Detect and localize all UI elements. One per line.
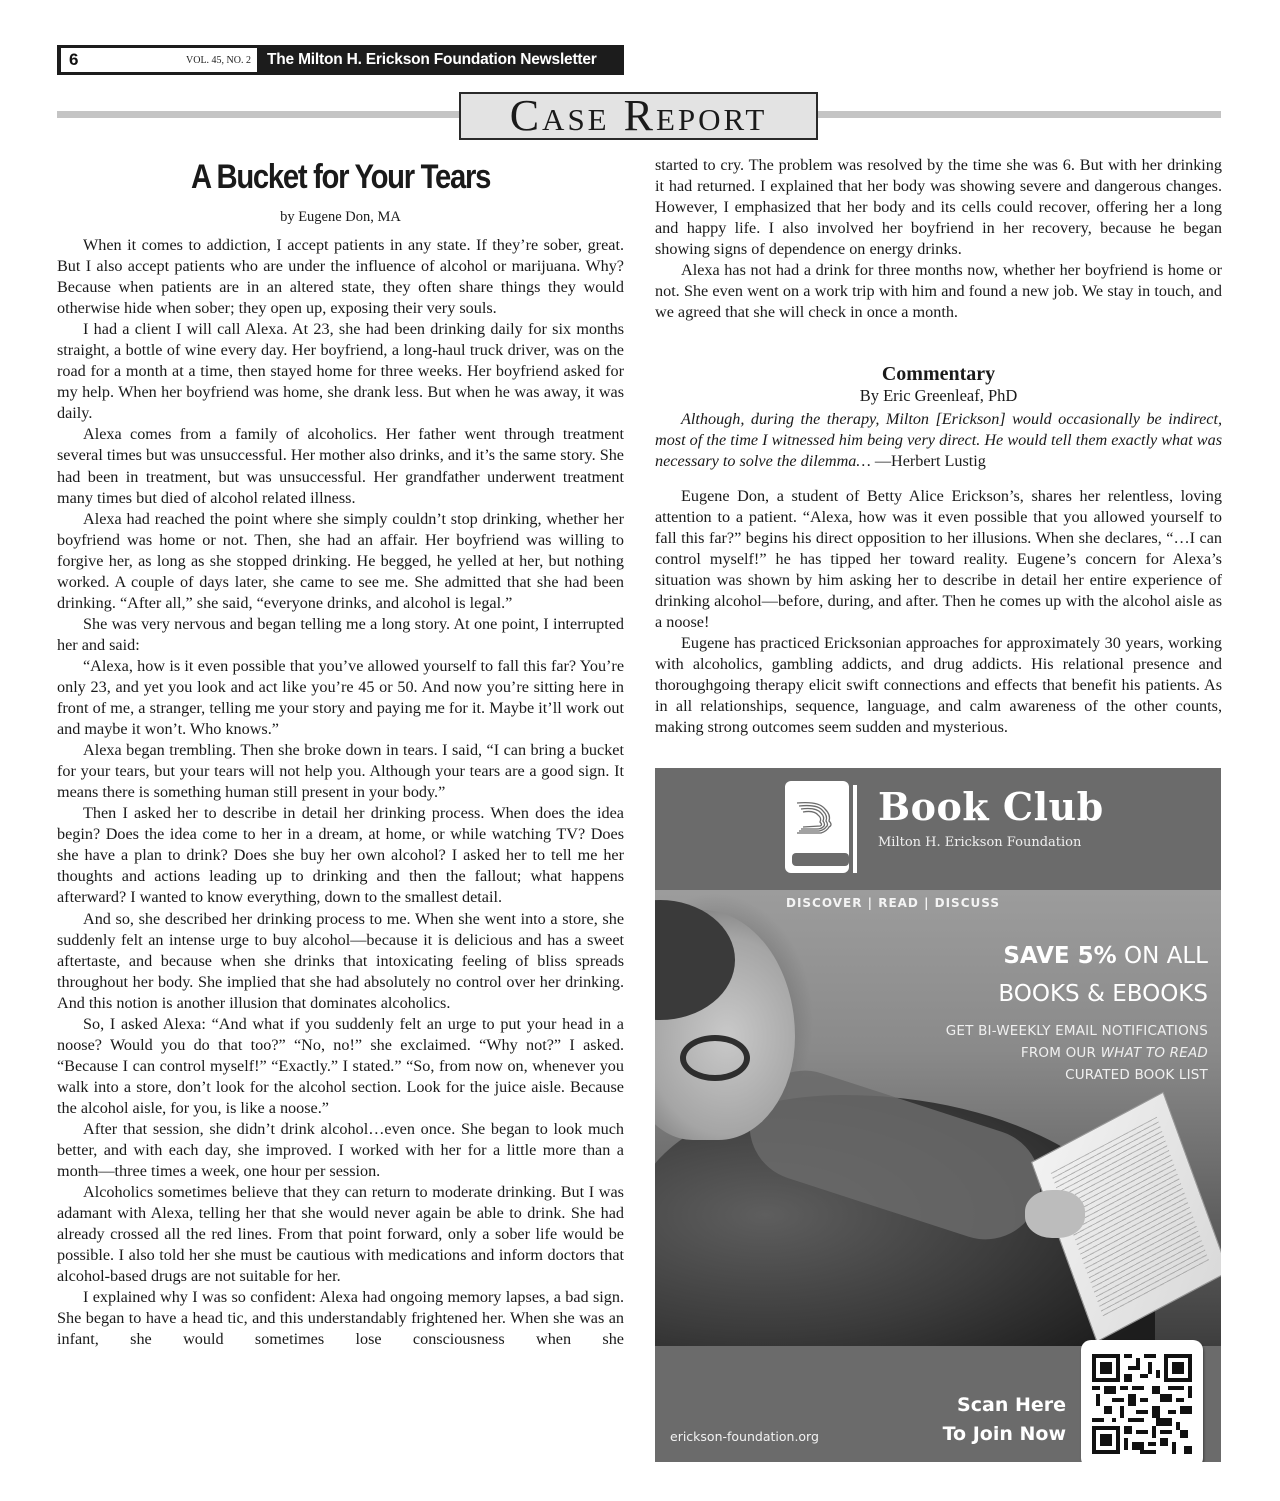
offer-scope: ON ALL: [1117, 943, 1208, 969]
offer-detail-line: GET BI-WEEKLY EMAIL NOTIFICATIONS: [946, 1020, 1208, 1042]
photo-hair: [655, 900, 735, 1020]
foundation-url[interactable]: erickson-foundation.org: [670, 1429, 819, 1444]
scan-cta: Scan Here To Join Now: [943, 1391, 1066, 1449]
cta-line: Scan Here: [943, 1391, 1066, 1420]
commentary-paragraph: Eugene Don, a student of Betty Alice Eri…: [655, 486, 1222, 633]
photo-glasses: [680, 1035, 750, 1081]
article-paragraph: Alcoholics sometimes believe that they c…: [57, 1182, 624, 1287]
commentary-byline: By Eric Greenleaf, PhD: [655, 385, 1222, 406]
article-paragraph: I explained why I was so confident: Alex…: [57, 1287, 624, 1350]
photo-hand: [1025, 1190, 1085, 1238]
offer-detail-line: FROM OUR WHAT TO READ: [946, 1042, 1208, 1064]
article-paragraph: After that session, she didn’t drink alc…: [57, 1119, 624, 1182]
ad-title: Book Club: [878, 784, 1104, 829]
ad-subtitle: Milton H. Erickson Foundation: [878, 835, 1081, 850]
page-number: 6: [69, 50, 78, 70]
article-byline: by Eugene Don, MA: [57, 207, 624, 227]
article-paragraph-continued: started to cry. The problem was resolved…: [655, 155, 1222, 260]
article-paragraph: Alexa has not had a drink for three mont…: [655, 260, 1222, 323]
header-issue-box: 6 VOL. 45, NO. 2: [61, 48, 257, 72]
newsletter-header: 6 VOL. 45, NO. 2 The Milton H. Erickson …: [57, 45, 624, 75]
article-paragraph: Alexa began trembling. Then she broke do…: [57, 740, 624, 803]
offer-products: BOOKS & EBOOKS: [998, 975, 1208, 1013]
offer-discount: SAVE 5%: [1003, 943, 1116, 969]
section-rule-left: [57, 111, 462, 118]
ad-offer-details: GET BI-WEEKLY EMAIL NOTIFICATIONS FROM O…: [946, 1020, 1208, 1086]
section-banner: Case Report: [459, 92, 818, 140]
article-paragraph: And so, she described her drinking proce…: [57, 909, 624, 1014]
article-paragraph: “Alexa, how is it even possible that you…: [57, 656, 624, 740]
article-column-right: started to cry. The problem was resolved…: [655, 155, 1222, 738]
offer-detail-line: CURATED BOOK LIST: [946, 1064, 1208, 1086]
article-paragraph: Alexa had reached the point where she si…: [57, 509, 624, 614]
what-to-read-list-name: WHAT TO READ: [1101, 1045, 1208, 1061]
ad-offer-headline: SAVE 5% ON ALL BOOKS & EBOOKS: [998, 937, 1208, 1013]
article-paragraph: Alexa comes from a family of alcoholics.…: [57, 424, 624, 508]
epigraph-attribution: —Herbert Lustig: [871, 452, 986, 470]
article-paragraph: Then I asked her to describe in detail h…: [57, 803, 624, 908]
article-paragraph: I had a client I will call Alexa. At 23,…: [57, 319, 624, 424]
qr-code-pattern: [1092, 1351, 1192, 1457]
photo-head: [655, 910, 795, 1140]
newsletter-title: The Milton H. Erickson Foundation Newsle…: [267, 51, 597, 69]
book-with-profile-icon: [785, 781, 861, 873]
book-club-ad[interactable]: Book Club Milton H. Erickson Foundation …: [655, 768, 1221, 1462]
volume-issue: VOL. 45, NO. 2: [186, 55, 251, 66]
commentary-title: Commentary: [655, 363, 1222, 385]
section-title: Case Report: [510, 94, 768, 138]
commentary-paragraph: Eugene has practiced Ericksonian approac…: [655, 633, 1222, 738]
cta-line: To Join Now: [943, 1420, 1066, 1449]
article-paragraph: So, I asked Alexa: “And what if you sudd…: [57, 1014, 624, 1119]
article-title: A Bucket for Your Tears: [97, 157, 585, 197]
ad-tagline: DISCOVER | READ | DISCUSS: [655, 896, 1221, 910]
ad-header-panel: Book Club Milton H. Erickson Foundation: [655, 768, 1221, 890]
section-rule-right: [818, 111, 1221, 118]
offer-detail-text: FROM OUR: [1021, 1045, 1101, 1061]
commentary-epigraph: Although, during the therapy, Milton [Er…: [655, 409, 1222, 472]
qr-code-icon[interactable]: [1081, 1340, 1203, 1462]
article-paragraph: When it comes to addiction, I accept pat…: [57, 235, 624, 319]
article-column-left: A Bucket for Your Tears by Eugene Don, M…: [57, 155, 624, 1350]
article-paragraph: She was very nervous and began telling m…: [57, 614, 624, 656]
